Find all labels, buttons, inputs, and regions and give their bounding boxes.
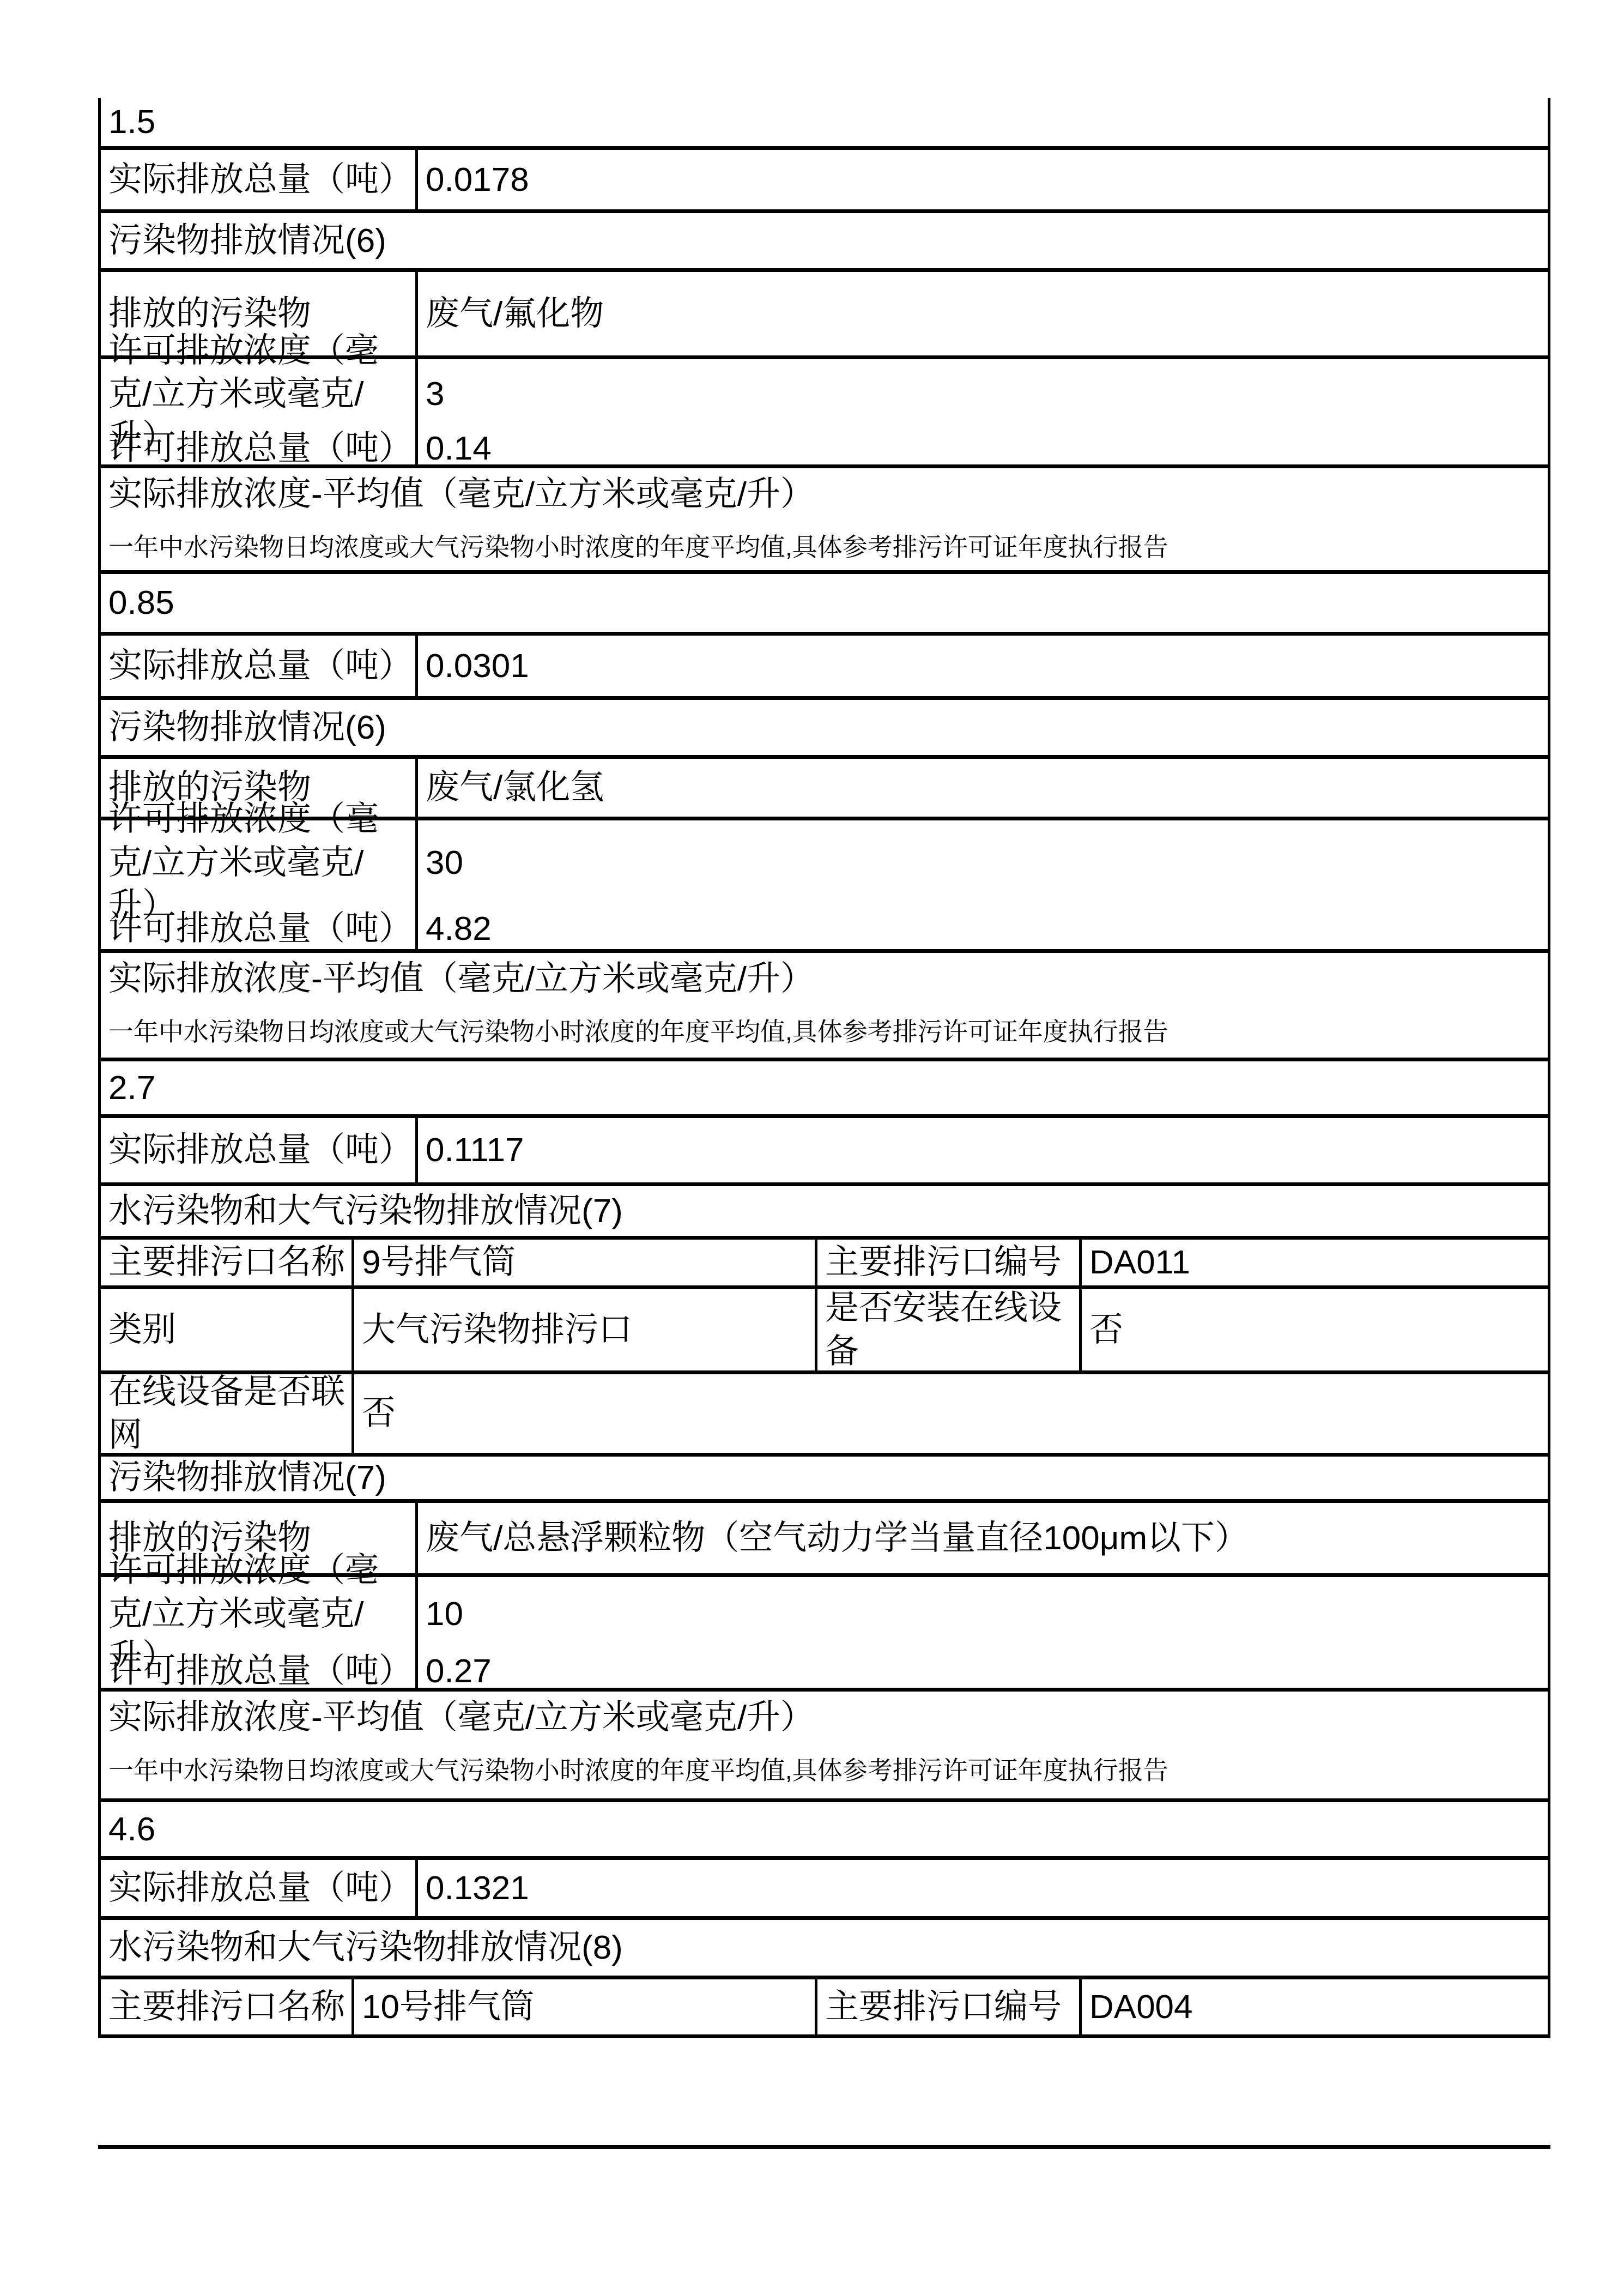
outlet-code-value: DA011 <box>1082 1240 1548 1285</box>
table-row: 在线设备是否联网 否 <box>101 1374 1548 1457</box>
pollutant-value: 废气/氟化物 <box>418 272 1548 355</box>
permitted-concentration-label: 许可排放浓度（毫克/立方米或毫克/升） <box>101 1577 418 1651</box>
outlet-name-value: 9号排气筒 <box>354 1240 817 1285</box>
outlet-name-label: 主要排污口名称 <box>101 1240 354 1285</box>
outlet-name-label: 主要排污口名称 <box>101 1979 354 2034</box>
actual-avg-concentration-note: 一年中水污染物日均浓度或大气污染物小时浓度的年度平均值,具体参考排污许可证年度执… <box>108 531 1168 563</box>
outlet-name-value: 10号排气筒 <box>354 1979 817 2034</box>
permitted-total-value: 0.14 <box>418 429 1548 468</box>
table-row: 实际排放总量（吨） 0.0301 <box>101 636 1548 700</box>
actual-total-value: 0.0178 <box>418 150 1548 209</box>
outlet-section-title: 水污染物和大气污染物排放情况(7) <box>101 1186 1548 1236</box>
permitted-concentration-label: 许可排放浓度（毫克/立方米或毫克/升） <box>101 359 418 429</box>
table-row: 许可排放浓度（毫克/立方米或毫克/升） 3 许可排放总量（吨） 0.14 <box>101 359 1548 468</box>
permitted-total-value: 4.82 <box>418 905 1548 953</box>
table-row: 实际排放总量（吨） 0.1117 <box>101 1118 1548 1186</box>
pollutant-value: 废气/氯化氢 <box>418 759 1548 817</box>
document-page: 1.5 实际排放总量（吨） 0.0178 污染物排放情况(6) 排放的污染物 废… <box>0 0 1624 2295</box>
permitted-concentration-value: 3 <box>418 359 1548 429</box>
actual-total-label: 实际排放总量（吨） <box>101 1118 418 1182</box>
permitted-total-row: 许可排放总量（吨） 0.14 <box>101 429 1548 468</box>
table-row: 污染物排放情况(6) <box>101 213 1548 272</box>
permitted-concentration-value: 10 <box>418 1577 1548 1651</box>
pollutant-value: 废气/总悬浮颗粒物（空气动力学当量直径100μm以下） <box>418 1503 1548 1573</box>
actual-total-label: 实际排放总量（吨） <box>101 150 418 209</box>
actual-avg-concentration-value: 4.6 <box>101 1802 1548 1856</box>
table-row: 主要排污口名称 10号排气筒 主要排污口编号 DA004 <box>101 1979 1548 2038</box>
pollutant-section-title: 污染物排放情况(6) <box>101 700 1548 755</box>
table-row: 许可排放浓度（毫克/立方米或毫克/升） 30 许可排放总量（吨） 4.82 <box>101 820 1548 953</box>
table-row: 1.5 <box>101 98 1548 150</box>
table-row: 污染物排放情况(6) <box>101 700 1548 759</box>
table-row: 实际排放浓度-平均值（毫克/立方米或毫克/升） 一年中水污染物日均浓度或大气污染… <box>101 953 1548 1061</box>
permitted-concentration-value: 30 <box>418 820 1548 905</box>
pollutant-section-title: 污染物排放情况(6) <box>101 213 1548 268</box>
permitted-total-row: 许可排放总量（吨） 4.82 <box>101 905 1548 953</box>
table-row: 实际排放浓度-平均值（毫克/立方米或毫克/升） 一年中水污染物日均浓度或大气污染… <box>101 468 1548 574</box>
actual-avg-concentration-header: 实际排放浓度-平均值（毫克/立方米或毫克/升） <box>108 473 814 516</box>
online-device-connected-label: 在线设备是否联网 <box>101 1374 354 1453</box>
permitted-concentration-label: 许可排放浓度（毫克/立方米或毫克/升） <box>101 820 418 905</box>
table-row: 实际排放总量（吨） 0.0178 <box>101 150 1548 213</box>
actual-total-value: 0.1321 <box>418 1860 1548 1916</box>
table-row: 水污染物和大气污染物排放情况(8) <box>101 1920 1548 1979</box>
actual-avg-concentration-note: 一年中水污染物日均浓度或大气污染物小时浓度的年度平均值,具体参考排污许可证年度执… <box>108 1754 1168 1786</box>
actual-avg-concentration-value: 0.85 <box>101 574 1548 632</box>
online-device-installed-label: 是否安装在线设备 <box>817 1289 1082 1370</box>
outlet-code-value: DA004 <box>1082 1979 1548 2034</box>
table-row: 2.7 <box>101 1061 1548 1118</box>
table-row: 许可排放浓度（毫克/立方米或毫克/升） 10 许可排放总量（吨） 0.27 <box>101 1577 1548 1692</box>
online-device-connected-value: 否 <box>354 1374 1548 1453</box>
actual-total-value: 0.1117 <box>418 1118 1548 1182</box>
table-row: 实际排放浓度-平均值（毫克/立方米或毫克/升） 一年中水污染物日均浓度或大气污染… <box>101 1692 1548 1802</box>
table-row: 水污染物和大气污染物排放情况(7) <box>101 1186 1548 1240</box>
actual-total-value: 0.0301 <box>418 636 1548 696</box>
permitted-total-label: 许可排放总量（吨） <box>101 429 418 468</box>
actual-total-label: 实际排放总量（吨） <box>101 636 418 696</box>
actual-avg-concentration-value: 2.7 <box>101 1061 1548 1114</box>
permitted-total-value: 0.27 <box>418 1651 1548 1692</box>
actual-avg-concentration-header: 实际排放浓度-平均值（毫克/立方米或毫克/升） <box>108 1696 814 1739</box>
table-row: 实际排放总量（吨） 0.1321 <box>101 1860 1548 1920</box>
table-row: 0.85 <box>101 574 1548 636</box>
actual-avg-concentration-value: 1.5 <box>101 98 1548 146</box>
permitted-concentration-row: 许可排放浓度（毫克/立方米或毫克/升） 10 <box>101 1577 1548 1651</box>
online-device-installed-value: 否 <box>1082 1289 1548 1370</box>
permitted-concentration-row: 许可排放浓度（毫克/立方米或毫克/升） 3 <box>101 359 1548 429</box>
report-table: 1.5 实际排放总量（吨） 0.0178 污染物排放情况(6) 排放的污染物 废… <box>98 98 1550 2038</box>
actual-avg-concentration-note: 一年中水污染物日均浓度或大气污染物小时浓度的年度平均值,具体参考排污许可证年度执… <box>108 1016 1168 1048</box>
actual-avg-concentration-header: 实际排放浓度-平均值（毫克/立方米或毫克/升） <box>108 957 814 1000</box>
pollutant-section-title: 污染物排放情况(7) <box>101 1457 1548 1499</box>
actual-total-label: 实际排放总量（吨） <box>101 1860 418 1916</box>
permitted-total-label: 许可排放总量（吨） <box>101 1651 418 1692</box>
table-row: 污染物排放情况(7) <box>101 1457 1548 1503</box>
outlet-code-label: 主要排污口编号 <box>817 1979 1082 2034</box>
table-row: 类别 大气污染物排污口 是否安装在线设备 否 <box>101 1289 1548 1374</box>
page-break-line <box>98 2145 1550 2149</box>
permitted-total-label: 许可排放总量（吨） <box>101 905 418 953</box>
category-label: 类别 <box>101 1289 354 1370</box>
permitted-total-row: 许可排放总量（吨） 0.27 <box>101 1651 1548 1692</box>
permitted-concentration-row: 许可排放浓度（毫克/立方米或毫克/升） 30 <box>101 820 1548 905</box>
outlet-section-title: 水污染物和大气污染物排放情况(8) <box>101 1920 1548 1976</box>
category-value: 大气污染物排污口 <box>354 1289 817 1370</box>
table-row: 4.6 <box>101 1802 1548 1860</box>
outlet-code-label: 主要排污口编号 <box>817 1240 1082 1285</box>
table-row: 主要排污口名称 9号排气筒 主要排污口编号 DA011 <box>101 1240 1548 1289</box>
